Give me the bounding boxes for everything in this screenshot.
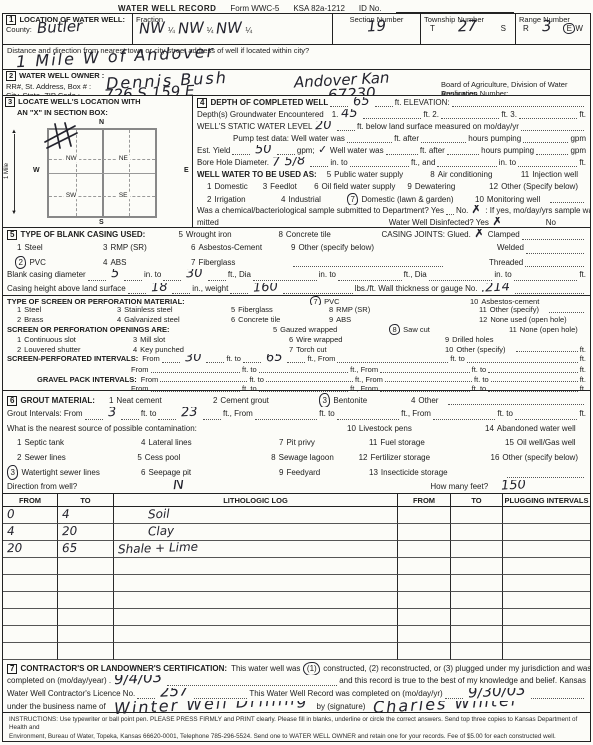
ft-label: ft.	[580, 365, 586, 374]
grid-dash-line	[129, 130, 130, 216]
table-cell	[398, 592, 451, 609]
table-cell	[451, 643, 503, 660]
col-header-from: FROM	[3, 494, 58, 507]
option-label: Oil field water supply	[322, 181, 396, 192]
id-number-blank	[396, 5, 514, 13]
dotted-leader	[337, 417, 399, 420]
option-label: Dewatering	[415, 181, 455, 192]
threaded-label: Threaded	[489, 257, 523, 268]
option-number: 11	[369, 436, 377, 449]
option-number: 10	[445, 345, 453, 354]
completed-on-label: completed on (mo/day/year) .	[7, 675, 111, 687]
option-asbestos-cement-screen: 10Asbestos-cement	[470, 297, 539, 306]
dotted-leader	[206, 360, 224, 363]
table-cell	[451, 592, 503, 609]
option-label: Key punched	[140, 345, 184, 354]
section3-4-split: 3LOCATE WELL'S LOCATION WITH AN "X" IN S…	[3, 96, 590, 228]
dotted-leader	[293, 264, 443, 267]
screen-material-line-3: 2Brass 4Galvanized steel 6Concrete tile …	[3, 315, 590, 325]
table-cell	[3, 592, 58, 609]
dotted-leader	[194, 696, 247, 699]
gravel-pack-line-1: GRAVEL PACK INTERVALS: From ft. to ft., …	[3, 375, 590, 385]
option-number: 16	[491, 451, 500, 464]
option-saw-cut: 8Saw cut	[391, 324, 501, 335]
table-cell: 20	[58, 524, 114, 541]
table-cell	[503, 507, 590, 524]
option-septic-tank: 1Septic tank	[17, 436, 133, 449]
option-domestic-lawn-garden: 7Domestic (lawn & garden)	[349, 193, 467, 205]
option-industrial: 4Industrial	[281, 194, 341, 205]
table-cell: Shale + Lime	[114, 541, 398, 558]
option-label: Other (specify)	[456, 345, 505, 354]
screen-intervals-line-1: SCREEN-PERFORATED INTERVALS: From 30 ft.…	[3, 354, 590, 365]
ft-dia-label: ft., Dia	[404, 269, 427, 280]
option-galvanized-steel: 4Galvanized steel	[117, 315, 223, 324]
gravel-pack-intervals-label: GRAVEL PACK INTERVALS:	[37, 375, 137, 384]
disinfected-yes-x-mark: ✗	[492, 218, 503, 224]
option-continuous-slot: 1Continuous slot	[17, 335, 125, 344]
dotted-leader	[448, 402, 584, 405]
option-label: Watertight sewer lines	[21, 466, 99, 479]
openings-line-3: 2Louvered shutter 4Key punched 7Torch cu…	[3, 345, 590, 355]
dotted-leader	[521, 128, 584, 131]
dotted-leader	[338, 278, 402, 281]
option-number: 8	[271, 451, 275, 464]
option-number-circled: 2	[15, 256, 26, 269]
option-watertight-sewer-lines: 3Watertight sewer lines	[9, 465, 133, 480]
bore-hole-line: Bore Hole Diameter. 7 5/8 in. to ft., an…	[193, 157, 590, 169]
table-cell	[503, 592, 590, 609]
quadrant-ne: NE	[117, 155, 130, 162]
option-number: 11	[479, 305, 487, 314]
static-level-line: WELL'S STATIC WATER LEVEL 20 ft. below l…	[193, 121, 590, 133]
casing-line-2: 1Steel 3RMP (SR) 6Asbestos-Cement 9Other…	[3, 242, 590, 256]
table-cell	[58, 558, 114, 575]
township-prefix: T	[430, 24, 435, 33]
option-number: 3	[117, 305, 121, 314]
table-cell	[3, 643, 58, 660]
range-east-circled: E	[563, 23, 575, 34]
bore-hole-label: Bore Hole Diameter.	[197, 157, 269, 168]
table-cell	[451, 626, 503, 643]
option-label: Gauzed wrapped	[280, 325, 337, 334]
ft-label: ft.	[579, 269, 586, 280]
dotted-leader	[550, 200, 584, 203]
dotted-leader	[519, 116, 577, 119]
table-cell	[58, 609, 114, 626]
dotted-leader	[163, 278, 181, 281]
dotted-leader	[523, 140, 568, 143]
distance-line: 1 Mile W of Andover	[13, 54, 218, 64]
option-number-circled: 3	[319, 393, 330, 408]
option-number: 11	[521, 169, 529, 180]
compass-north: N	[99, 119, 104, 126]
location-cell: 1LOCATION OF WATER WELL: County: Butler	[3, 14, 133, 44]
option-label: RMP (SR)	[110, 242, 146, 253]
log-from-value: 20	[7, 541, 23, 556]
option-stainless-steel: 3Stainless steel	[117, 305, 223, 314]
option-number: 1	[17, 305, 21, 314]
section4-well-data: 4 DEPTH OF COMPLETED WELL 65 ft. ELEVATI…	[193, 96, 590, 227]
ft-after-label: ft. after	[394, 133, 419, 144]
weight-value: 160	[253, 284, 278, 290]
table-cell	[503, 626, 590, 643]
section2-owner: 2WATER WELL OWNER : RR#, St. Address, Bo…	[3, 70, 590, 96]
ft-from-label: ft., From	[307, 354, 335, 363]
from-label: From	[141, 375, 159, 384]
option-number: 3	[133, 335, 137, 344]
option-number: 10	[470, 297, 478, 306]
dotted-leader	[380, 370, 470, 373]
screen-perforation-section: TYPE OF SCREEN OR PERFORATION MATERIAL: …	[3, 296, 590, 391]
option-number: 7	[279, 436, 283, 449]
gpm-label: gpm	[570, 133, 586, 144]
casing-title: TYPE OF BLANK CASING USED:	[20, 229, 178, 240]
dotted-leader	[488, 370, 578, 373]
mitted-label: mitted	[197, 217, 219, 228]
option-label: Other (specify below)	[502, 451, 578, 464]
quadrant-sw: SW	[64, 192, 78, 199]
option-fiberglass: 7Fiberglass	[191, 257, 283, 268]
sample-question-label: Was a chemical/bacteriological sample su…	[197, 205, 444, 216]
grout-intervals-label: Grout Intervals: From	[7, 407, 83, 420]
option-number-circled: 3	[7, 465, 18, 480]
casing-joints-label: CASING JOINTS: Glued.	[381, 229, 470, 240]
option-other-specify-below: 9Other (specify below)	[291, 242, 451, 253]
pump-test-line: Pump test data: Well water was ft. after…	[193, 133, 590, 145]
section5-number: 5	[7, 230, 17, 240]
dotted-leader	[137, 696, 155, 699]
ft-label: ft.	[579, 109, 586, 120]
option-number: 8	[278, 229, 282, 240]
option-label: Galvanized steel	[124, 315, 179, 324]
yield-check-mark: ✓	[318, 146, 327, 151]
grid-line	[49, 173, 155, 174]
table-cell	[451, 524, 503, 541]
dotted-leader	[253, 278, 317, 281]
option-number: 1	[17, 242, 21, 253]
in-to-label: in. to	[144, 269, 161, 280]
use-line-3: 2Irrigation 4Industrial 7Domestic (lawn …	[193, 193, 590, 205]
form-header: WATER WELL RECORD Form WWC-5 KSA 82a-121…	[0, 0, 593, 13]
option-number: 9	[279, 466, 283, 479]
dotted-leader	[446, 212, 454, 215]
fraction-2: NW	[178, 25, 204, 31]
option-oil-well-gas-well: 15Oil well/Gas well	[505, 436, 576, 449]
option-irrigation: 2Irrigation	[207, 194, 273, 205]
table-cell: 4	[58, 507, 114, 524]
range-value: 3	[542, 24, 552, 29]
ft-to-label: ft. to	[226, 354, 241, 363]
option-bentonite: 3Bentonite	[321, 393, 403, 408]
option-number: 15	[505, 436, 514, 449]
option-pit-privy: 7Pit privy	[279, 436, 361, 449]
section5-blank-casing: 5 TYPE OF BLANK CASING USED: 5Wrought ir…	[3, 228, 590, 296]
ft-label: ft.	[579, 407, 586, 420]
fraction-cell: Fraction NW¼ NW¼ NW¼	[133, 14, 333, 44]
option-number: 14	[485, 422, 494, 435]
sample-no-x-mark: ✗	[471, 206, 482, 212]
option-monitoring-well: 10Monitoring well	[475, 194, 540, 205]
table-cell	[114, 643, 398, 660]
option-number: 9	[329, 315, 333, 324]
section-number-value: 19	[367, 24, 386, 30]
ft-to-label: ft. to	[141, 407, 157, 420]
table-cell	[398, 524, 451, 541]
range-label: Range Number	[519, 15, 587, 24]
option-cess-pool: 5Cess pool	[137, 451, 263, 464]
option-steel: 1Steel	[17, 242, 95, 253]
option-label: Sewage lagoon	[279, 451, 334, 464]
option-label: Saw cut	[403, 325, 430, 334]
contamination-line-3: 3Watertight sewer lines 6Seepage pit 9Fe…	[3, 465, 590, 480]
signature-label: by (signature)	[317, 701, 366, 712]
option-number: 1	[17, 335, 21, 344]
option-label: Septic tank	[24, 436, 64, 449]
option-number-circled: 7	[347, 193, 358, 205]
option-injection-well: 11Injection well	[521, 169, 578, 180]
dotted-leader	[522, 237, 584, 240]
section4-number: 4	[197, 98, 207, 108]
dotted-leader	[124, 278, 142, 281]
dotted-leader	[172, 291, 190, 294]
table-cell	[503, 524, 590, 541]
table-cell	[398, 575, 451, 592]
option-label: Steel	[24, 242, 42, 253]
dotted-leader	[385, 379, 472, 382]
wall-thickness-label: lbs./ft. Wall thickness or gauge No.	[355, 283, 478, 294]
yield-label: Est. Yield	[197, 145, 230, 156]
bore-hole-value: 7 5/8	[272, 158, 306, 165]
quarter-symbol: ¼	[207, 26, 214, 35]
dotted-leader	[363, 116, 421, 119]
option-label: PVC	[324, 297, 339, 306]
dotted-leader	[429, 278, 493, 281]
dotted-leader	[526, 251, 584, 254]
table-cell: Clay	[114, 524, 398, 541]
from-label: From	[131, 365, 149, 374]
option-louvered-shutter: 2Louvered shutter	[17, 345, 125, 354]
gw2-label: ft. 2.	[423, 109, 439, 120]
dotted-leader	[128, 291, 146, 294]
option-label: Insecticide storage	[381, 466, 448, 479]
option-label: Asbestos-Cement	[198, 242, 262, 253]
option-label: PVC	[29, 257, 45, 268]
table-cell	[451, 558, 503, 575]
option-label: Brass	[24, 315, 43, 324]
option-number: 9	[291, 242, 295, 253]
groundwater-label: Depth(s) Groundwater Encountered	[197, 109, 324, 120]
sample-question-rest: : If yes, mo/day/yrs sample was sub-	[485, 205, 590, 216]
option-number: 6	[314, 181, 318, 192]
pump-test-label: Pump test data: Well water was	[233, 133, 345, 144]
section7-certification: 7 CONTRACTOR'S OR LANDOWNER'S CERTIFICAT…	[3, 660, 590, 713]
casing-line-1: 5 TYPE OF BLANK CASING USED: 5Wrought ir…	[3, 229, 590, 243]
dotted-leader	[437, 164, 496, 167]
dotted-leader	[283, 291, 353, 294]
dotted-leader	[536, 152, 568, 155]
option-sewage-lagoon: 8Sewage lagoon	[271, 451, 350, 464]
option-cement-grout: 2Cement grout	[213, 394, 313, 407]
option-label: Fertilizer storage	[370, 451, 430, 464]
option-other-grout: 4Other	[411, 394, 438, 407]
option-label: Torch cut	[296, 345, 326, 354]
option-label: Wrought iron	[186, 229, 232, 240]
option-label: Asbestos-cement	[481, 297, 539, 306]
casing-height-line: Casing height above land surface 18 in.,…	[3, 283, 590, 297]
option-label: Feedyard	[286, 466, 320, 479]
quarter-symbol: ¼	[246, 26, 253, 35]
option-label: Irrigation	[214, 194, 245, 205]
option-seepage-pit: 6Seepage pit	[141, 466, 271, 479]
openings-line-1: SCREEN OR PERFORATION OPENINGS ARE: 5Gau…	[3, 324, 590, 335]
option-number: 4	[281, 194, 285, 205]
completed-date-value: 9/4/03	[114, 675, 162, 682]
option-drilled-holes: 9Drilled holes	[445, 335, 493, 344]
table-cell	[503, 558, 590, 575]
dotted-leader	[158, 417, 176, 420]
option-number: 6	[141, 466, 145, 479]
signature-value: Charles Winter	[373, 701, 520, 710]
option-label: Bentonite	[333, 394, 367, 407]
contamination-question-label: What is the nearest source of possible c…	[7, 422, 347, 435]
option-number: 4	[117, 315, 121, 324]
welded-label: Welded	[497, 242, 524, 253]
section1-location-row: 1LOCATION OF WATER WELL: County: Butler …	[3, 14, 590, 45]
ft-label: ft.	[579, 157, 586, 168]
dotted-leader	[433, 417, 495, 420]
static-level-value: 20	[315, 122, 332, 128]
option-number: 12	[479, 315, 487, 324]
dotted-leader	[337, 128, 355, 131]
option-number: 1	[17, 436, 21, 449]
cert-line-2: completed on (mo/day/year) . 9/4/03 and …	[3, 675, 590, 688]
table-cell: 20	[3, 541, 58, 558]
option-label: None (open hole)	[520, 325, 578, 334]
elevation-label: ft. ELEVATION:	[395, 97, 450, 108]
option-number: 7	[191, 257, 195, 268]
hours-pumping-label: hours pumping	[481, 145, 534, 156]
option-mill-slot: 3Mill slot	[133, 335, 281, 344]
ft-label: ft.	[580, 345, 586, 354]
option-rmp-sr: 3RMP (SR)	[103, 242, 183, 253]
option-number: 4	[141, 436, 145, 449]
ft-to-label: ft. to	[450, 354, 465, 363]
option-number: 2	[213, 394, 217, 407]
township-suffix: S	[501, 24, 506, 33]
well-location-mark	[41, 120, 81, 150]
option-label: Livestock pens	[359, 422, 412, 435]
option-number: 2	[207, 194, 211, 205]
option-abs-screen: 9ABS	[329, 315, 471, 324]
option-label: Louvered shutter	[24, 345, 80, 354]
fraction-3: NW	[216, 25, 242, 31]
option-other-specify-screen: 11Other (specify)	[479, 305, 539, 314]
option-gauzed-wrapped: 5Gauzed wrapped	[273, 325, 383, 334]
one-mile-scale: ▲ ▼ 1 Mile	[5, 130, 19, 216]
range-cell: Range Number R 3 EW	[516, 14, 590, 44]
dotted-leader	[162, 360, 180, 363]
log-material-value: Shale + Lime	[118, 541, 199, 557]
ft-to-label: ft. to	[472, 365, 487, 374]
how-many-feet-label: How many feet?	[430, 480, 488, 493]
option-abandoned-water-well: 14Abandoned water well	[485, 422, 576, 435]
table-cell	[3, 575, 58, 592]
option-feedlot: 3Feedlot	[263, 181, 306, 192]
screen-interval-from-value: 30	[185, 355, 202, 361]
col-header-to: TO	[58, 494, 114, 507]
yield-value: 50	[255, 146, 272, 152]
log-from-value: 4	[7, 524, 15, 539]
option-label: Oil well/Gas well	[517, 436, 576, 449]
casing-height-value: 18	[151, 284, 168, 290]
option-concrete-tile-screen: 6Concrete tile	[231, 315, 321, 324]
col-header-from-2: FROM	[398, 494, 451, 507]
ft-from-label: ft., From	[355, 375, 383, 384]
glued-x-mark: ✗	[474, 230, 485, 236]
option-number: 10	[475, 194, 484, 205]
cert-line-3: Water Well Contractor's Licence No. 257 …	[3, 688, 590, 701]
in-to-label: in. to	[330, 157, 347, 168]
option-number: 6	[191, 242, 195, 253]
option-number: 5	[137, 451, 141, 464]
township-value: 27	[458, 24, 478, 34]
dotted-leader	[386, 152, 418, 155]
dotted-leader	[287, 360, 305, 363]
table-cell	[503, 541, 590, 558]
ft-after-label: ft. after	[420, 145, 445, 156]
instructions-line-2: Environment, Bureau of Water, Topeka, Ka…	[9, 733, 584, 742]
col-header-to-2: TO	[451, 494, 503, 507]
dotted-leader	[85, 417, 103, 420]
range-east-west: EW	[565, 24, 583, 33]
option-label: Feedlot	[270, 181, 297, 192]
option-label: Mill slot	[140, 335, 165, 344]
certification-title: CONTRACTOR'S OR LANDOWNER'S CERTIFICATIO…	[20, 663, 227, 675]
option-label: Steel	[24, 305, 41, 314]
table-cell	[114, 592, 398, 609]
ft-from-label: ft., From	[401, 407, 431, 420]
lithologic-log-table: FROM TO LITHOLOGIC LOG FROM TO PLUGGING …	[3, 494, 590, 660]
instructions-line-1: INSTRUCTIONS: Use typewriter or ball poi…	[9, 716, 584, 733]
county-line: County: Butler	[6, 25, 129, 34]
option-wrought-iron: 5Wrought iron	[178, 229, 270, 240]
dotted-leader	[515, 417, 577, 420]
ft-to-label: ft. to	[319, 407, 335, 420]
dotted-leader	[507, 475, 584, 478]
weight-label: in., weight	[192, 283, 228, 294]
screen-material-line-1: TYPE OF SCREEN OR PERFORATION MATERIAL: …	[3, 296, 590, 306]
grout-from-value: 3	[107, 410, 116, 415]
dotted-leader	[310, 164, 328, 167]
option-number: 8	[430, 169, 434, 180]
dotted-leader	[347, 140, 392, 143]
ft-from-label: ft., From	[350, 365, 378, 374]
table-cell	[114, 626, 398, 643]
section2-number: 2	[6, 71, 16, 81]
ft-label: ft.	[580, 354, 586, 363]
county-label: County:	[6, 25, 32, 34]
col-header-lithologic-log: LITHOLOGIC LOG	[114, 494, 398, 507]
ft-dia-label: ft., Dia	[228, 269, 251, 280]
water-well-record-form: WATER WELL RECORD Form WWC-5 KSA 82a-121…	[0, 0, 593, 745]
contamination-label-line: What is the nearest source of possible c…	[3, 422, 590, 437]
from-label: From	[142, 354, 160, 363]
option-label: Concrete tile	[238, 315, 280, 324]
quadrant-se: SE	[117, 192, 130, 199]
dotted-leader	[375, 104, 393, 107]
option-number: 6	[231, 315, 235, 324]
